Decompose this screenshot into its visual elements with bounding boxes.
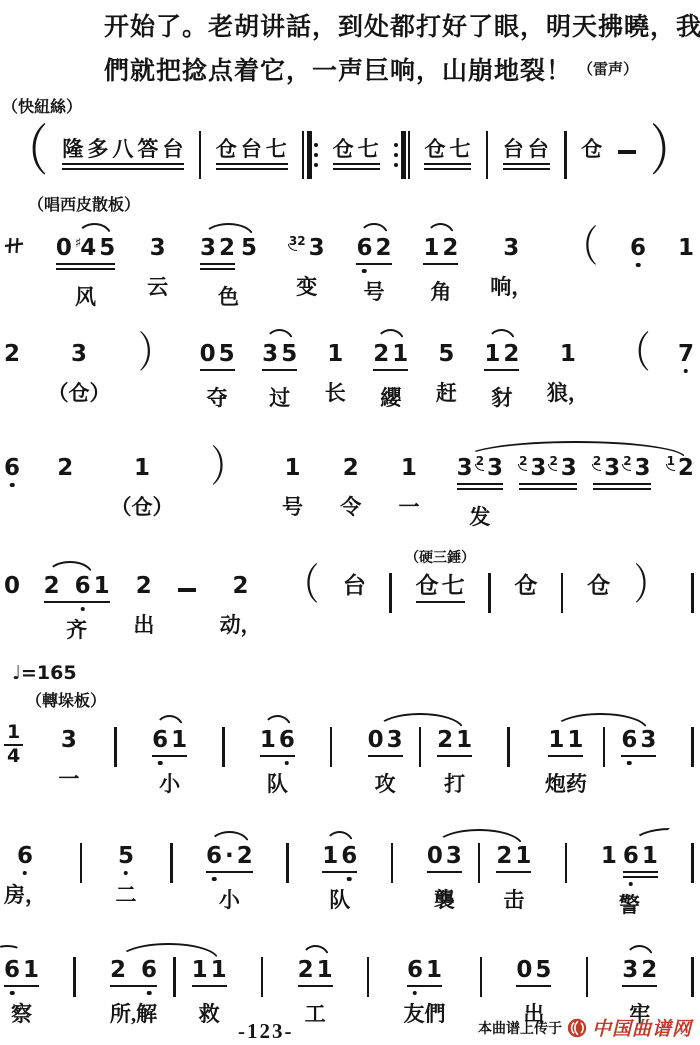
note-cell: 323变 bbox=[289, 222, 325, 301]
slur-group: 26所,解11救 bbox=[110, 944, 227, 1028]
digit: 2 bbox=[641, 958, 657, 982]
digit: 2 bbox=[44, 574, 60, 598]
digit: · bbox=[225, 844, 234, 868]
digit: 1 bbox=[548, 728, 564, 752]
note-segments: 2 bbox=[343, 456, 359, 480]
libretto-line-2: 們就把捻点着它，一声巨响，山崩地裂！（雷声） bbox=[104, 50, 676, 97]
note-char: 七 bbox=[442, 574, 465, 598]
note-char: 6 bbox=[621, 728, 637, 752]
note-digits: 323 bbox=[289, 236, 325, 260]
note-segment: 1 bbox=[327, 342, 343, 366]
digit: 多 bbox=[87, 138, 109, 160]
lyric: 小 bbox=[159, 768, 180, 798]
beam-line bbox=[333, 163, 380, 166]
barline bbox=[586, 957, 589, 997]
beam-line bbox=[457, 483, 503, 486]
note-char: 多 bbox=[87, 138, 109, 160]
digit: 2 bbox=[496, 844, 512, 868]
beam-line bbox=[356, 263, 391, 266]
digit: 1 bbox=[134, 456, 150, 480]
digit: 七 bbox=[266, 138, 288, 160]
note-char: 1 bbox=[548, 728, 564, 752]
barline bbox=[419, 727, 422, 767]
digit: 2 bbox=[298, 958, 314, 982]
note-cell: 3一 bbox=[58, 714, 79, 793]
lyric: 队 bbox=[329, 884, 350, 914]
bracket: ） bbox=[650, 125, 694, 180]
note-digits: 6 bbox=[17, 844, 33, 868]
note-cell: 2 bbox=[57, 442, 73, 480]
lyric: 工 bbox=[305, 998, 326, 1028]
note-segments: 161 bbox=[601, 844, 658, 878]
beam-line bbox=[262, 369, 297, 372]
grace-note: 32 bbox=[289, 235, 306, 248]
note-digits: 1 bbox=[327, 342, 343, 366]
digit: 6 bbox=[75, 574, 91, 598]
note-digits: 12 bbox=[484, 342, 519, 366]
note-cell: 62号 bbox=[356, 222, 391, 306]
digit: 1 bbox=[260, 728, 276, 752]
note-segment: 1 bbox=[134, 456, 150, 480]
sharp-icon: ♯ bbox=[75, 237, 81, 251]
note-char: 仓 bbox=[216, 138, 238, 160]
note-segments: 03 bbox=[427, 844, 462, 873]
note-cell: 2 bbox=[4, 328, 20, 366]
beam-line bbox=[621, 755, 656, 758]
repeat-end-barline bbox=[394, 131, 410, 179]
note-char: 1 bbox=[23, 958, 39, 982]
note-digits: 6 bbox=[630, 236, 646, 260]
note-segment: 21 bbox=[437, 728, 472, 757]
note-segment: 仓 bbox=[581, 138, 603, 160]
digit: 2 bbox=[4, 342, 20, 366]
repeat-dot bbox=[394, 153, 398, 157]
note-segment: 3 bbox=[61, 728, 77, 752]
digit: 6 bbox=[152, 728, 168, 752]
note-cell: 161警 bbox=[601, 830, 658, 919]
note-cell: 仓七 bbox=[424, 124, 471, 170]
note-segments: 261 bbox=[44, 574, 110, 603]
digit: 3 bbox=[604, 456, 620, 480]
note-segments: 5 bbox=[118, 844, 134, 868]
note-char: 7 bbox=[678, 342, 694, 366]
note-segment: 12 bbox=[667, 456, 694, 480]
note-char: 6 bbox=[341, 844, 357, 868]
note-char: 5 bbox=[438, 342, 454, 366]
note-char: 2 bbox=[641, 958, 657, 982]
note-digits: 台 bbox=[343, 574, 366, 598]
digit: 6 bbox=[623, 844, 639, 868]
note-digits: 21 bbox=[496, 844, 531, 868]
note-char: 3 bbox=[503, 236, 519, 260]
digit: 6 bbox=[4, 456, 20, 480]
lyric: 狼， bbox=[547, 377, 589, 407]
digit: 台 bbox=[162, 138, 184, 160]
note-segment: 仓七 bbox=[333, 138, 380, 170]
note-char: 5 bbox=[219, 342, 235, 366]
note-char: 3 bbox=[457, 456, 473, 480]
note-segments: 16 bbox=[322, 844, 357, 873]
slur-group: 03襲21击 bbox=[427, 830, 532, 914]
note-cell: 1号 bbox=[282, 442, 303, 521]
digit: 1 bbox=[94, 574, 110, 598]
note-segment: 21 bbox=[496, 844, 531, 873]
note-segment: 仓 bbox=[587, 574, 610, 598]
beam-line bbox=[260, 755, 295, 758]
note-segments: 2 bbox=[233, 574, 249, 598]
digit: 3 bbox=[503, 236, 519, 260]
note-segment: 03 bbox=[368, 728, 403, 757]
note-segments: 61 bbox=[407, 958, 442, 987]
slur-group: 11炮药63 bbox=[545, 714, 657, 798]
note-segment: 2 bbox=[57, 456, 73, 480]
aria-section-label: （唱西皮散板） bbox=[28, 192, 140, 215]
lyric: 云 bbox=[147, 271, 168, 301]
digit: 3 bbox=[640, 728, 656, 752]
note-digits: 32 bbox=[622, 958, 657, 982]
note-cell: 仓 bbox=[587, 560, 610, 598]
lyric: 角 bbox=[430, 276, 451, 306]
digit: 八 bbox=[112, 138, 134, 160]
music-row: 0261齐2出2动，（台（硬三錘）仓七仓仓） bbox=[4, 560, 694, 644]
note-segments: 仓 bbox=[581, 138, 603, 160]
note-cell: 3云 bbox=[147, 222, 168, 301]
note-segments: 2323 bbox=[519, 456, 577, 490]
note-cell: 12角 bbox=[423, 222, 458, 306]
note-segments: 12 bbox=[667, 456, 694, 480]
barline bbox=[170, 843, 173, 883]
beam-line bbox=[496, 871, 531, 874]
digit: 2 bbox=[376, 236, 392, 260]
note-segment: 11 bbox=[192, 958, 227, 987]
digit: 2 bbox=[503, 342, 519, 366]
note-segments: 12 bbox=[484, 342, 519, 371]
note-cell: 2动， bbox=[220, 560, 262, 639]
note-digits: 21 bbox=[437, 728, 472, 752]
note-cell: 21工 bbox=[298, 944, 333, 1028]
barline bbox=[564, 131, 567, 179]
digit: 1 bbox=[642, 844, 658, 868]
note-digits: 2 bbox=[136, 574, 152, 598]
digit: 3 bbox=[561, 456, 577, 480]
note-digits: 3 bbox=[61, 728, 77, 752]
digit: 七 bbox=[442, 574, 465, 598]
note-segments: 台台 bbox=[503, 138, 550, 170]
note-segments: 0♯45 bbox=[56, 236, 115, 270]
digit: 七 bbox=[449, 138, 471, 160]
lyric: 襲 bbox=[434, 884, 455, 914]
note-char: 1 bbox=[601, 844, 617, 868]
note-segments: 26 bbox=[110, 958, 157, 987]
note-segments: 2 bbox=[4, 342, 20, 366]
lyric: 攻 bbox=[375, 768, 396, 798]
lyric: 令 bbox=[340, 491, 361, 521]
note-char: 6 bbox=[4, 958, 20, 982]
digit: 1 bbox=[567, 728, 583, 752]
note-segments: 61 bbox=[152, 728, 187, 757]
beam-line bbox=[216, 163, 288, 166]
note-digits: 1 bbox=[560, 342, 576, 366]
digit: 7 bbox=[678, 342, 694, 366]
digit: 2 bbox=[678, 456, 694, 480]
note-segment: 35 bbox=[262, 342, 297, 371]
digit: 1 bbox=[284, 456, 300, 480]
note-digits: 63 bbox=[621, 728, 656, 752]
beam-line bbox=[110, 985, 157, 988]
time-signature: 14 bbox=[4, 723, 23, 767]
lyric: 齐 bbox=[66, 614, 87, 644]
note-digits: 0 bbox=[4, 574, 20, 598]
barline bbox=[488, 573, 491, 613]
note-char: · bbox=[225, 844, 234, 868]
digit: 3 bbox=[457, 456, 473, 480]
note-char: 2 bbox=[496, 844, 512, 868]
note-segment: 5 bbox=[241, 236, 257, 260]
beam-line bbox=[62, 163, 184, 166]
lyric: 击 bbox=[503, 884, 524, 914]
note-segment: 台 bbox=[343, 574, 366, 598]
note-segment: 3 bbox=[503, 236, 519, 260]
note-digits: 1 bbox=[678, 236, 694, 260]
digit: 6 bbox=[356, 236, 372, 260]
note-char: 台 bbox=[162, 138, 184, 160]
note-segment: 仓台七 bbox=[216, 138, 288, 170]
digit: 6 bbox=[621, 728, 637, 752]
lyric: 过 bbox=[269, 382, 290, 412]
beam-line bbox=[192, 985, 227, 988]
digit: 台 bbox=[503, 138, 525, 160]
note-char: 23 bbox=[476, 456, 503, 480]
note-char: 台 bbox=[528, 138, 550, 160]
note-char: 仓 bbox=[416, 574, 439, 598]
note-char: 1 bbox=[134, 456, 150, 480]
note-segments: 325 bbox=[200, 236, 257, 270]
note-segments: 12 bbox=[423, 236, 458, 265]
repeat-dot bbox=[314, 163, 318, 167]
note-segments: 2 bbox=[57, 456, 73, 480]
note-segments: 0 bbox=[4, 574, 20, 598]
note-char: 1 bbox=[456, 728, 472, 752]
note-digits: 21 bbox=[373, 342, 408, 366]
beam-line bbox=[200, 369, 235, 372]
note-segment: 7 bbox=[678, 342, 694, 366]
note-digits: 61 bbox=[152, 728, 187, 752]
beam-line bbox=[416, 601, 465, 604]
note-char: 1 bbox=[192, 958, 208, 982]
note-char: 仓 bbox=[514, 574, 537, 598]
note-cell: 1狼， bbox=[547, 328, 589, 407]
barline bbox=[391, 843, 394, 883]
note-digits: 隆多八答台 bbox=[62, 138, 184, 160]
beam-line bbox=[56, 263, 115, 266]
note-char: 1 bbox=[401, 456, 417, 480]
note-digits: 35 bbox=[262, 342, 297, 366]
note-segment: 2 bbox=[136, 574, 152, 598]
digit: 1 bbox=[515, 844, 531, 868]
barline bbox=[691, 573, 694, 613]
note-segments: 2 bbox=[136, 574, 152, 598]
note-segments: 仓七 bbox=[333, 138, 380, 170]
melody-line-4: 0261齐2出2动，（台（硬三錘）仓七仓仓） bbox=[4, 560, 694, 644]
note-segments: 63 bbox=[621, 728, 656, 757]
sustain-dash bbox=[618, 150, 636, 154]
barline bbox=[330, 727, 333, 767]
note-cell: 1 bbox=[678, 222, 694, 260]
note-digits: 6 bbox=[4, 456, 20, 480]
note-segments: 11 bbox=[192, 958, 227, 987]
lyric: 一 bbox=[398, 491, 419, 521]
digit: 6 bbox=[141, 958, 157, 982]
bracket: （ bbox=[564, 226, 598, 269]
digit: 3 bbox=[150, 236, 166, 260]
note-char: 隆 bbox=[62, 138, 84, 160]
beam-line bbox=[407, 985, 442, 988]
lyric: 一 bbox=[58, 763, 79, 793]
digit: 台 bbox=[241, 138, 263, 160]
lyric: 房， bbox=[4, 879, 46, 909]
beam-line bbox=[437, 755, 472, 758]
digit: 6 bbox=[407, 958, 423, 982]
note-digits: 05 bbox=[516, 958, 551, 982]
note-segments: 05 bbox=[516, 958, 551, 987]
note-segments: 仓七 bbox=[416, 574, 465, 603]
note-char: 2 bbox=[298, 958, 314, 982]
note-cell: 0♯45风 bbox=[56, 222, 115, 311]
note-char: 1 bbox=[327, 342, 343, 366]
note-segment: 隆多八答台 bbox=[62, 138, 184, 170]
note-digits: 32 bbox=[200, 236, 235, 260]
note-segment: 12 bbox=[423, 236, 458, 265]
note-segment: 台台 bbox=[503, 138, 550, 170]
note-segment: 仓 bbox=[514, 574, 537, 598]
barline bbox=[561, 573, 564, 613]
beam-line bbox=[503, 168, 550, 171]
digit: 3 bbox=[387, 728, 403, 752]
digit: 1 bbox=[322, 844, 338, 868]
note-cell: 2出 bbox=[133, 560, 154, 639]
note-char: 七 bbox=[266, 138, 288, 160]
lyric: 察 bbox=[11, 998, 32, 1028]
note-char: 0 bbox=[427, 844, 443, 868]
note-segment: 26 bbox=[110, 958, 157, 987]
music-row: 0♯45风3云325色323变62号12角3响，（61 bbox=[4, 222, 694, 311]
note-segment: 0♯45 bbox=[56, 236, 115, 270]
digit: 2 bbox=[437, 728, 453, 752]
barline-thick bbox=[401, 131, 406, 179]
note-char: 台 bbox=[241, 138, 263, 160]
note-segment: 63 bbox=[621, 728, 656, 757]
note-char: 6 bbox=[75, 574, 91, 598]
note-cell: 6房， bbox=[4, 830, 46, 909]
beam-line bbox=[484, 369, 519, 372]
lyric: 友們 bbox=[403, 998, 445, 1028]
note-char: 1 bbox=[211, 958, 227, 982]
note-digits: 12 bbox=[667, 456, 694, 480]
barline bbox=[691, 727, 694, 767]
note-segment: 2323 bbox=[593, 456, 651, 490]
melody-line-6: 6房，5二6·2小16队03襲21击161警 bbox=[4, 830, 694, 919]
digit: 台 bbox=[343, 574, 366, 598]
note-cell: 5二 bbox=[116, 830, 137, 909]
note-segments: 1 bbox=[401, 456, 417, 480]
note-digits: 1 bbox=[401, 456, 417, 480]
note-segments: 35 bbox=[262, 342, 297, 371]
beam-line bbox=[368, 755, 403, 758]
digit: 3 bbox=[61, 728, 77, 752]
beam-line bbox=[457, 488, 503, 491]
slur-group: 03攻21打 bbox=[368, 714, 473, 798]
time-signature-denominator: 4 bbox=[7, 746, 20, 767]
note-digits: 台台 bbox=[503, 138, 550, 160]
barline bbox=[367, 957, 370, 997]
note-char: 2 bbox=[110, 958, 126, 982]
digit: 1 bbox=[327, 342, 343, 366]
beam-line bbox=[427, 871, 462, 874]
digit: 仓 bbox=[514, 574, 537, 598]
note-char: 2 bbox=[442, 236, 458, 260]
note-char: 3 bbox=[150, 236, 166, 260]
beam-line bbox=[373, 369, 408, 372]
note-char: 3 bbox=[446, 844, 462, 868]
note-segments: 21 bbox=[298, 958, 333, 987]
note-segments: 61 bbox=[4, 958, 39, 987]
note-cell: 2令 bbox=[340, 442, 361, 521]
music-row: 6房，5二6·2小16队03襲21击161警 bbox=[4, 830, 694, 919]
note-segment: 2323 bbox=[519, 456, 577, 490]
note-digits: 3 bbox=[150, 236, 166, 260]
note-char: 仓 bbox=[581, 138, 603, 160]
digit: 1 bbox=[601, 844, 617, 868]
beam-line bbox=[593, 483, 651, 486]
note-segment: 1 bbox=[560, 342, 576, 366]
digit: 3 bbox=[622, 958, 638, 982]
note-segments: 3 bbox=[503, 236, 519, 260]
note-char: 323 bbox=[289, 236, 325, 260]
note-digits: 仓 bbox=[514, 574, 537, 598]
note-segments: 1 bbox=[678, 236, 694, 260]
note-char: 5 bbox=[241, 236, 257, 260]
lyric: 号 bbox=[364, 276, 385, 306]
note-segments: 仓台七 bbox=[216, 138, 288, 170]
note-segment: 62 bbox=[356, 236, 391, 265]
beam-line bbox=[622, 985, 657, 988]
note-segments: 6 bbox=[17, 844, 33, 868]
note-char: 2 bbox=[437, 728, 453, 752]
note-digits: 21 bbox=[298, 958, 333, 982]
digit: 台 bbox=[528, 138, 550, 160]
note-cell: 6 bbox=[4, 442, 20, 480]
note-segments: 仓 bbox=[514, 574, 537, 598]
beam-line bbox=[548, 755, 583, 758]
note-digits: 62 bbox=[356, 236, 391, 260]
digit: 仓 bbox=[581, 138, 603, 160]
music-row: 23（仓））05夺35过1长21纓5赶12豺1狼，（7 bbox=[4, 328, 694, 412]
note-digits: 2 bbox=[233, 574, 249, 598]
percussion-pattern-label: （快紐絲） bbox=[2, 94, 82, 117]
note-segments: 323 bbox=[289, 236, 325, 260]
digit: 3 bbox=[530, 456, 546, 480]
note-segment: 6 bbox=[17, 844, 33, 868]
note-char: 3 bbox=[262, 342, 278, 366]
note-cell: 05夺 bbox=[200, 328, 235, 412]
note-char: 1 bbox=[423, 236, 439, 260]
note-segment: 5 bbox=[438, 342, 454, 366]
note-segments: 6 bbox=[4, 456, 20, 480]
beam-line bbox=[62, 168, 184, 171]
digit: 5 bbox=[219, 342, 235, 366]
note-digits: 61 bbox=[623, 844, 658, 868]
repeat-dot bbox=[394, 163, 398, 167]
